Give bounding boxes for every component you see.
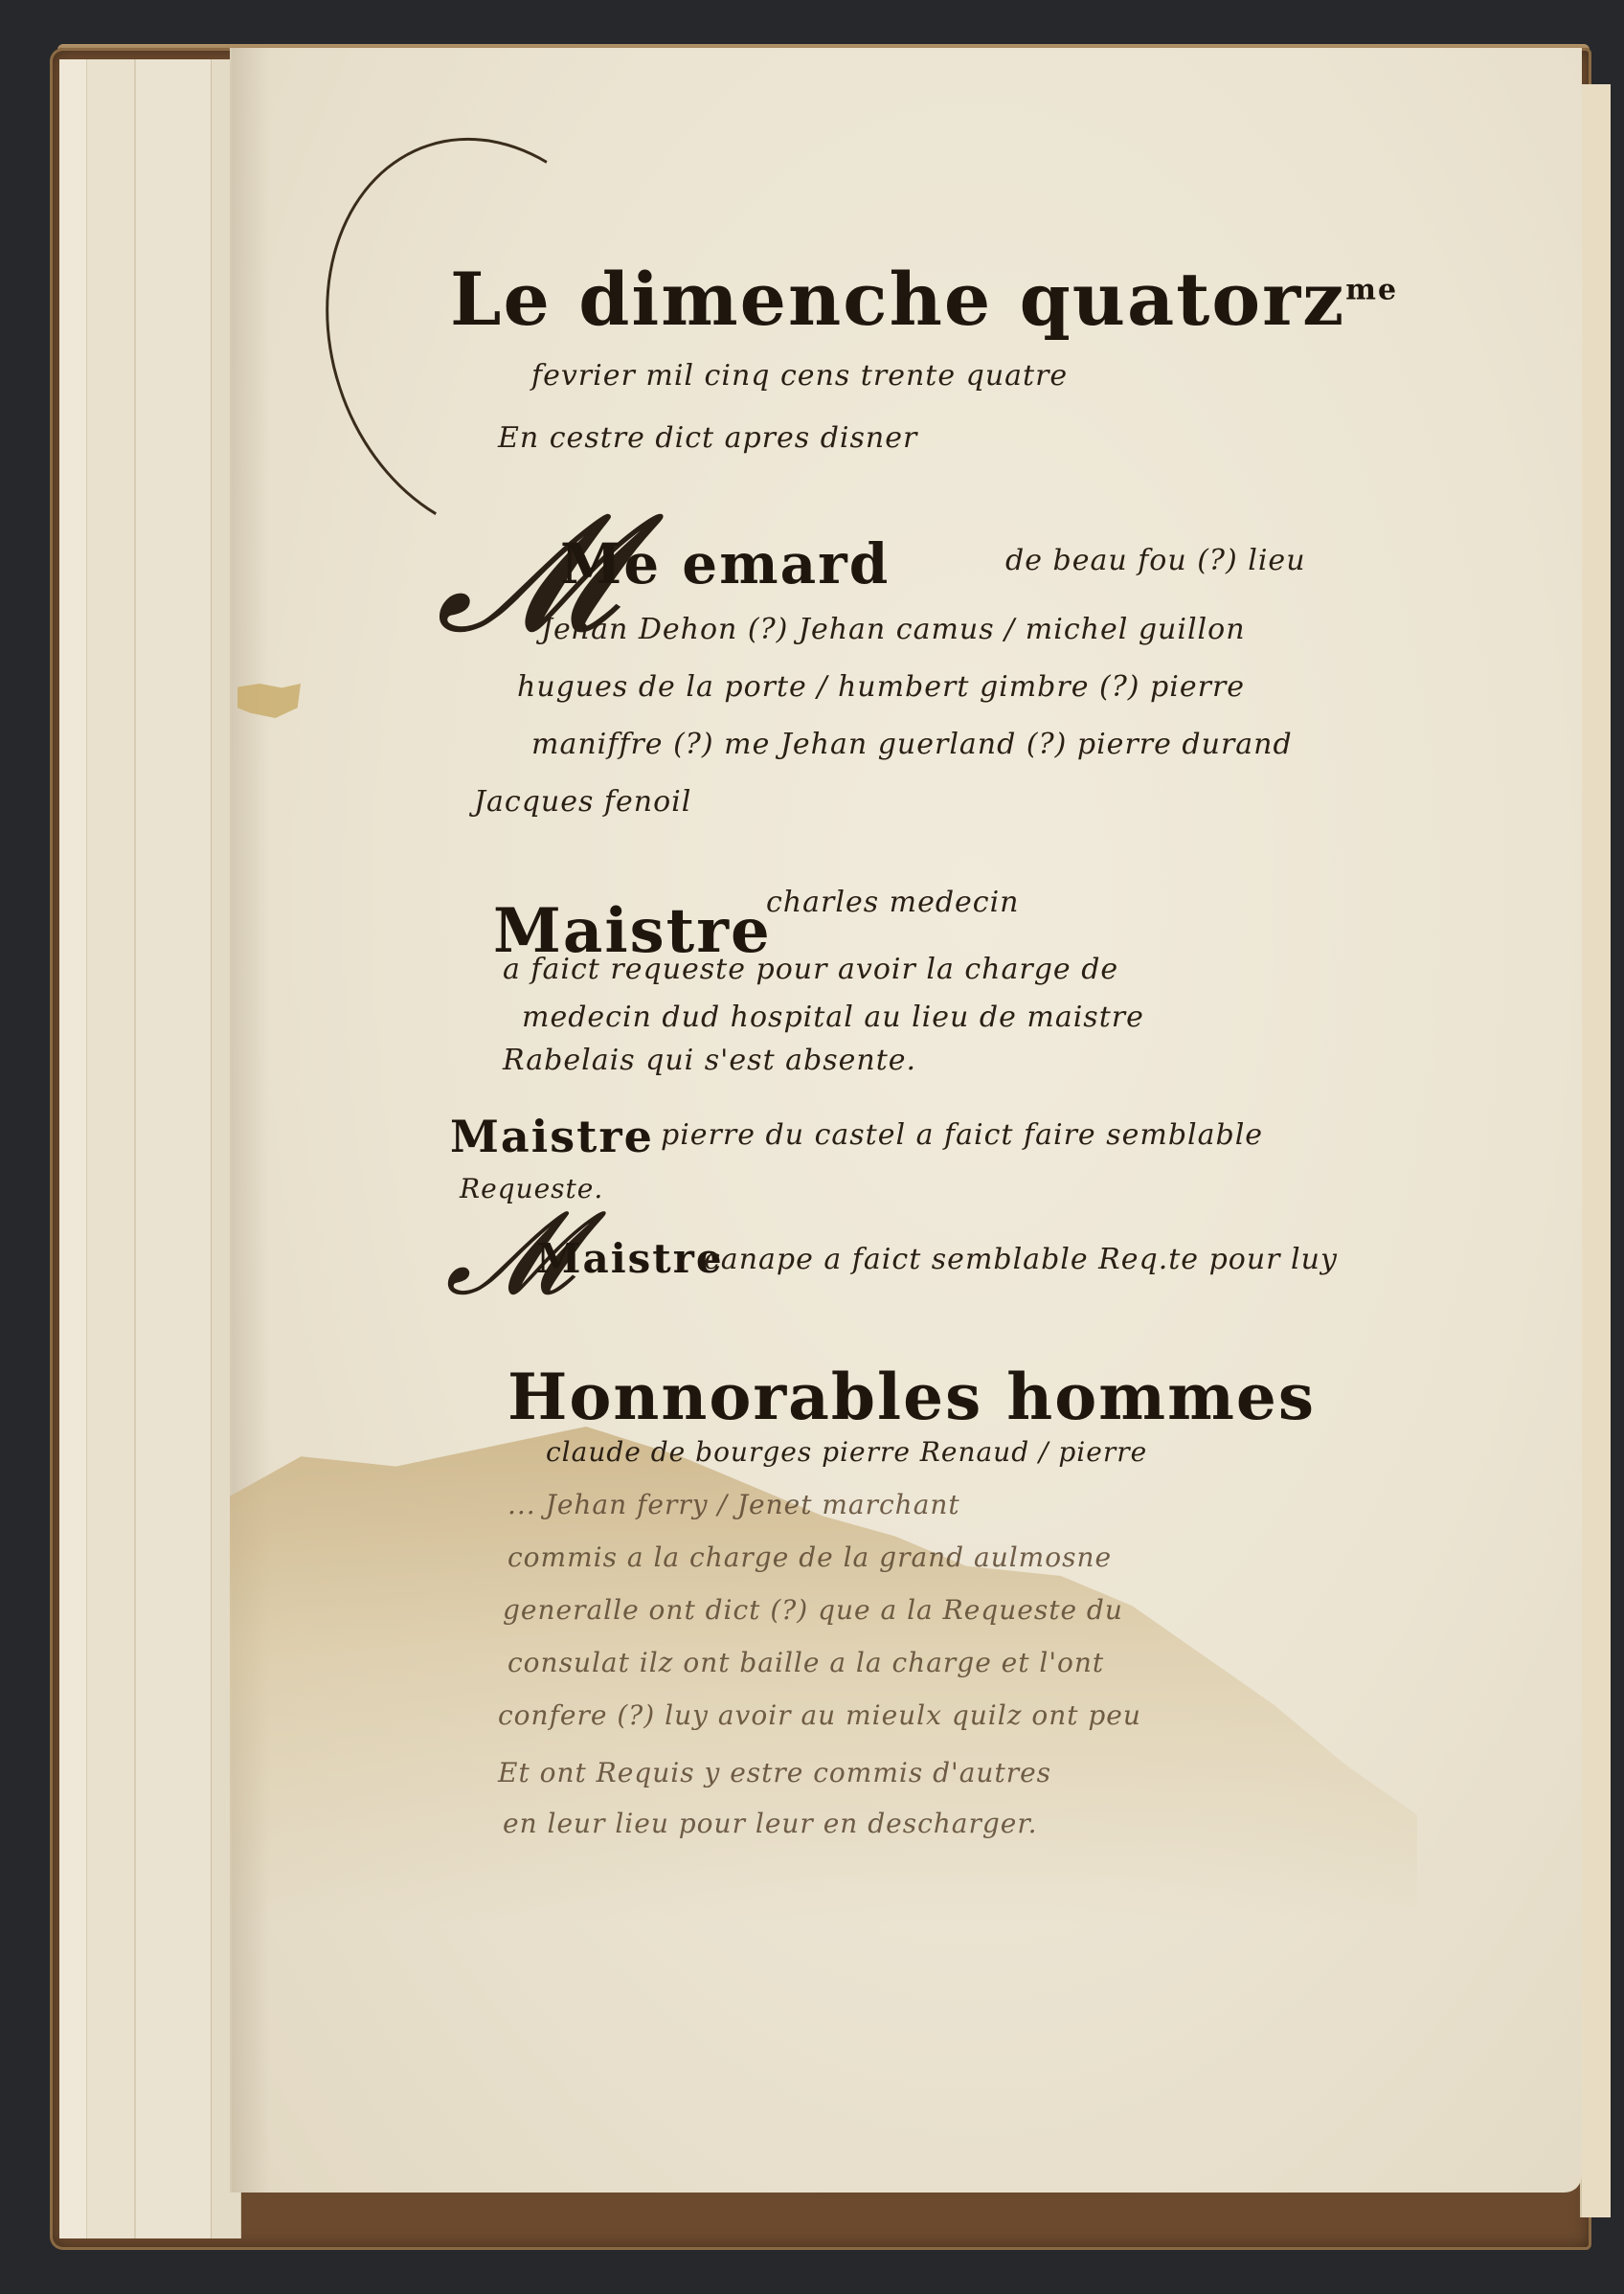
entry-line: en leur lieu pour leur en descharger. xyxy=(503,1808,1038,1839)
entry-line: fevrier mil cinq cens trente quatre xyxy=(531,359,1068,393)
entry-line: Jehan Dehon (?) Jehan camus / michel gui… xyxy=(541,613,1246,646)
entry-line: generalle ont dict (?) que a la Requeste… xyxy=(503,1594,1123,1626)
entry-line: Jacques fenoil xyxy=(474,785,691,819)
entry-heading-tail: canape a faict semblable Req.te pour luy xyxy=(704,1243,1338,1276)
entry-heading: Le dimenche quatorzme xyxy=(450,257,1398,342)
entry-line: Et ont Requis y estre commis d'autres xyxy=(498,1757,1051,1788)
entry-line: medecin dud hospital au lieu de maistre xyxy=(522,1001,1144,1034)
entry-heading-tail: de beau fou (?) lieu xyxy=(1005,544,1306,577)
entry-heading: Me emard xyxy=(560,531,890,596)
facing-page-edge xyxy=(1580,84,1611,2217)
entry-line: confere (?) luy avoir au mieulx quilz on… xyxy=(498,1699,1141,1731)
entry-line: hugues de la porte / humbert gimbre (?) … xyxy=(517,670,1245,704)
entry-heading: Honnorables hommes xyxy=(507,1360,1316,1434)
entry-line: maniffre (?) me Jehan guerland (?) pierr… xyxy=(531,728,1293,761)
entry-line: commis a la charge de la grand aulmosne xyxy=(507,1541,1112,1573)
entry-heading-tail: charles medecin xyxy=(766,886,1020,919)
entry-line: Rabelais qui s'est absente. xyxy=(503,1044,916,1077)
entry-line: En cestre dict apres disner xyxy=(498,421,917,455)
entry-line: consulat ilz ont baille a la charge et l… xyxy=(507,1647,1104,1678)
heading-superscript: me xyxy=(1345,274,1398,307)
entry-heading: Maistre xyxy=(450,1111,654,1162)
entry-heading-tail: pierre du castel a faict faire semblable xyxy=(661,1118,1263,1152)
page-stack-edge xyxy=(134,59,214,2238)
entry-heading: Maistre xyxy=(536,1235,724,1282)
entry-line: claude de bourges pierre Renaud / pierre xyxy=(546,1436,1147,1468)
entry-line: ... Jehan ferry / Jenet marchant xyxy=(507,1489,960,1520)
entry-line: a faict requeste pour avoir la charge de xyxy=(503,953,1118,986)
heading-text: Le dimenche quatorz xyxy=(450,257,1345,342)
